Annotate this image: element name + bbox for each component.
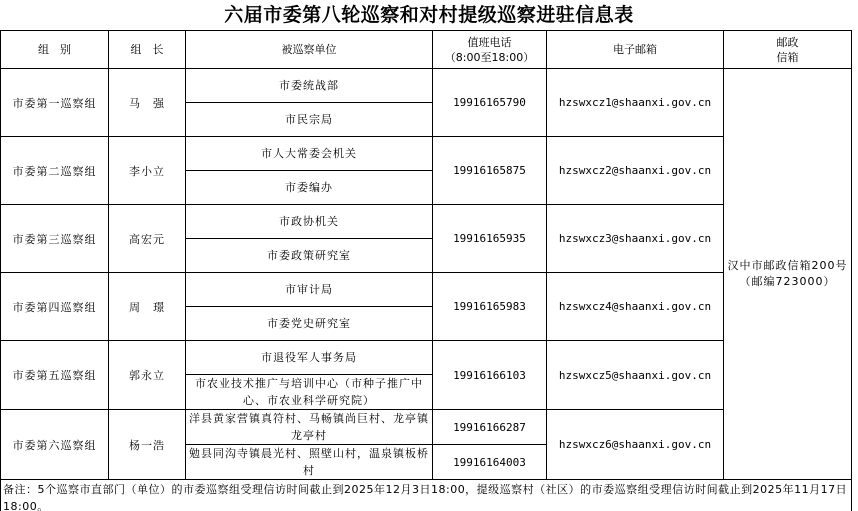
inspected-unit: 市人大常委会机关 — [186, 137, 433, 171]
group-name: 市委第三巡察组 — [1, 205, 109, 273]
duty-phone: 19916165983 — [433, 273, 547, 341]
inspected-unit: 市委党史研究室 — [186, 307, 433, 341]
group-name: 市委第六巡察组 — [1, 410, 109, 480]
group-leader: 马 强 — [109, 69, 186, 137]
header-unit: 被巡察单位 — [186, 31, 433, 69]
inspected-unit: 市委政策研究室 — [186, 239, 433, 273]
po-box-address: 汉中市邮政信箱200号（邮编723000） — [724, 69, 852, 480]
email-link[interactable]: hzswxcz1@shaanxi.gov.cn — [547, 69, 724, 137]
email-link[interactable]: hzswxcz5@shaanxi.gov.cn — [547, 341, 724, 410]
email-link[interactable]: hzswxcz2@shaanxi.gov.cn — [547, 137, 724, 205]
duty-phone: 19916164003 — [433, 445, 547, 480]
inspected-unit: 市政协机关 — [186, 205, 433, 239]
group-leader: 高宏元 — [109, 205, 186, 273]
inspected-unit: 市审计局 — [186, 273, 433, 307]
header-row: 组 别 组 长 被巡察单位 值班电话 （8:00至18:00） 电子邮箱 邮政 … — [1, 31, 852, 69]
group-leader: 杨一浩 — [109, 410, 186, 480]
group-leader: 李小立 — [109, 137, 186, 205]
inspected-unit: 市退役军人事务局 — [186, 341, 433, 375]
header-phone-title: 值班电话 — [433, 35, 546, 50]
header-po-line2: 信箱 — [724, 50, 851, 65]
email-link[interactable]: hzswxcz3@shaanxi.gov.cn — [547, 205, 724, 273]
inspected-unit: 市委统战部 — [186, 69, 433, 103]
note-text: 备注：5个巡察市直部门（单位）的市委巡察组受理信访时间截止到2025年12月3日… — [1, 480, 852, 511]
group-leader: 周 璟 — [109, 273, 186, 341]
duty-phone: 19916166287 — [433, 410, 547, 445]
email-link[interactable]: hzswxcz4@shaanxi.gov.cn — [547, 273, 724, 341]
group-leader: 郭永立 — [109, 341, 186, 410]
duty-phone: 19916165875 — [433, 137, 547, 205]
inspection-info-table: 组 别 组 长 被巡察单位 值班电话 （8:00至18:00） 电子邮箱 邮政 … — [0, 30, 852, 511]
duty-phone: 19916166103 — [433, 341, 547, 410]
inspected-unit: 勉县同沟寺镇晨光村、照壁山村，温泉镇板桥村 — [186, 445, 433, 480]
email-link[interactable]: hzswxcz6@shaanxi.gov.cn — [547, 410, 724, 480]
header-po-box: 邮政 信箱 — [724, 31, 852, 69]
group-name: 市委第四巡察组 — [1, 273, 109, 341]
table-row: 市委第一巡察组 马 强 市委统战部 19916165790 hzswxcz1@s… — [1, 69, 852, 103]
group-name: 市委第二巡察组 — [1, 137, 109, 205]
inspected-unit: 市农业技术推广与培训中心（市种子推广中心、市农业科学研究院） — [186, 375, 433, 410]
header-leader: 组 长 — [109, 31, 186, 69]
header-phone: 值班电话 （8:00至18:00） — [433, 31, 547, 69]
inspected-unit: 洋县黄家营镇真符村、马畅镇尚巨村、龙亭镇龙亭村 — [186, 410, 433, 445]
inspected-unit: 市委编办 — [186, 171, 433, 205]
note-row: 备注：5个巡察市直部门（单位）的市委巡察组受理信访时间截止到2025年12月3日… — [1, 480, 852, 511]
duty-phone: 19916165935 — [433, 205, 547, 273]
header-email: 电子邮箱 — [547, 31, 724, 69]
group-name: 市委第五巡察组 — [1, 341, 109, 410]
header-po-line1: 邮政 — [724, 35, 851, 50]
page-title: 六届市委第八轮巡察和对村提级巡察进驻信息表 — [0, 0, 858, 30]
group-name: 市委第一巡察组 — [1, 69, 109, 137]
inspected-unit: 市民宗局 — [186, 103, 433, 137]
duty-phone: 19916165790 — [433, 69, 547, 137]
header-group: 组 别 — [1, 31, 109, 69]
header-phone-hours: （8:00至18:00） — [433, 50, 546, 65]
